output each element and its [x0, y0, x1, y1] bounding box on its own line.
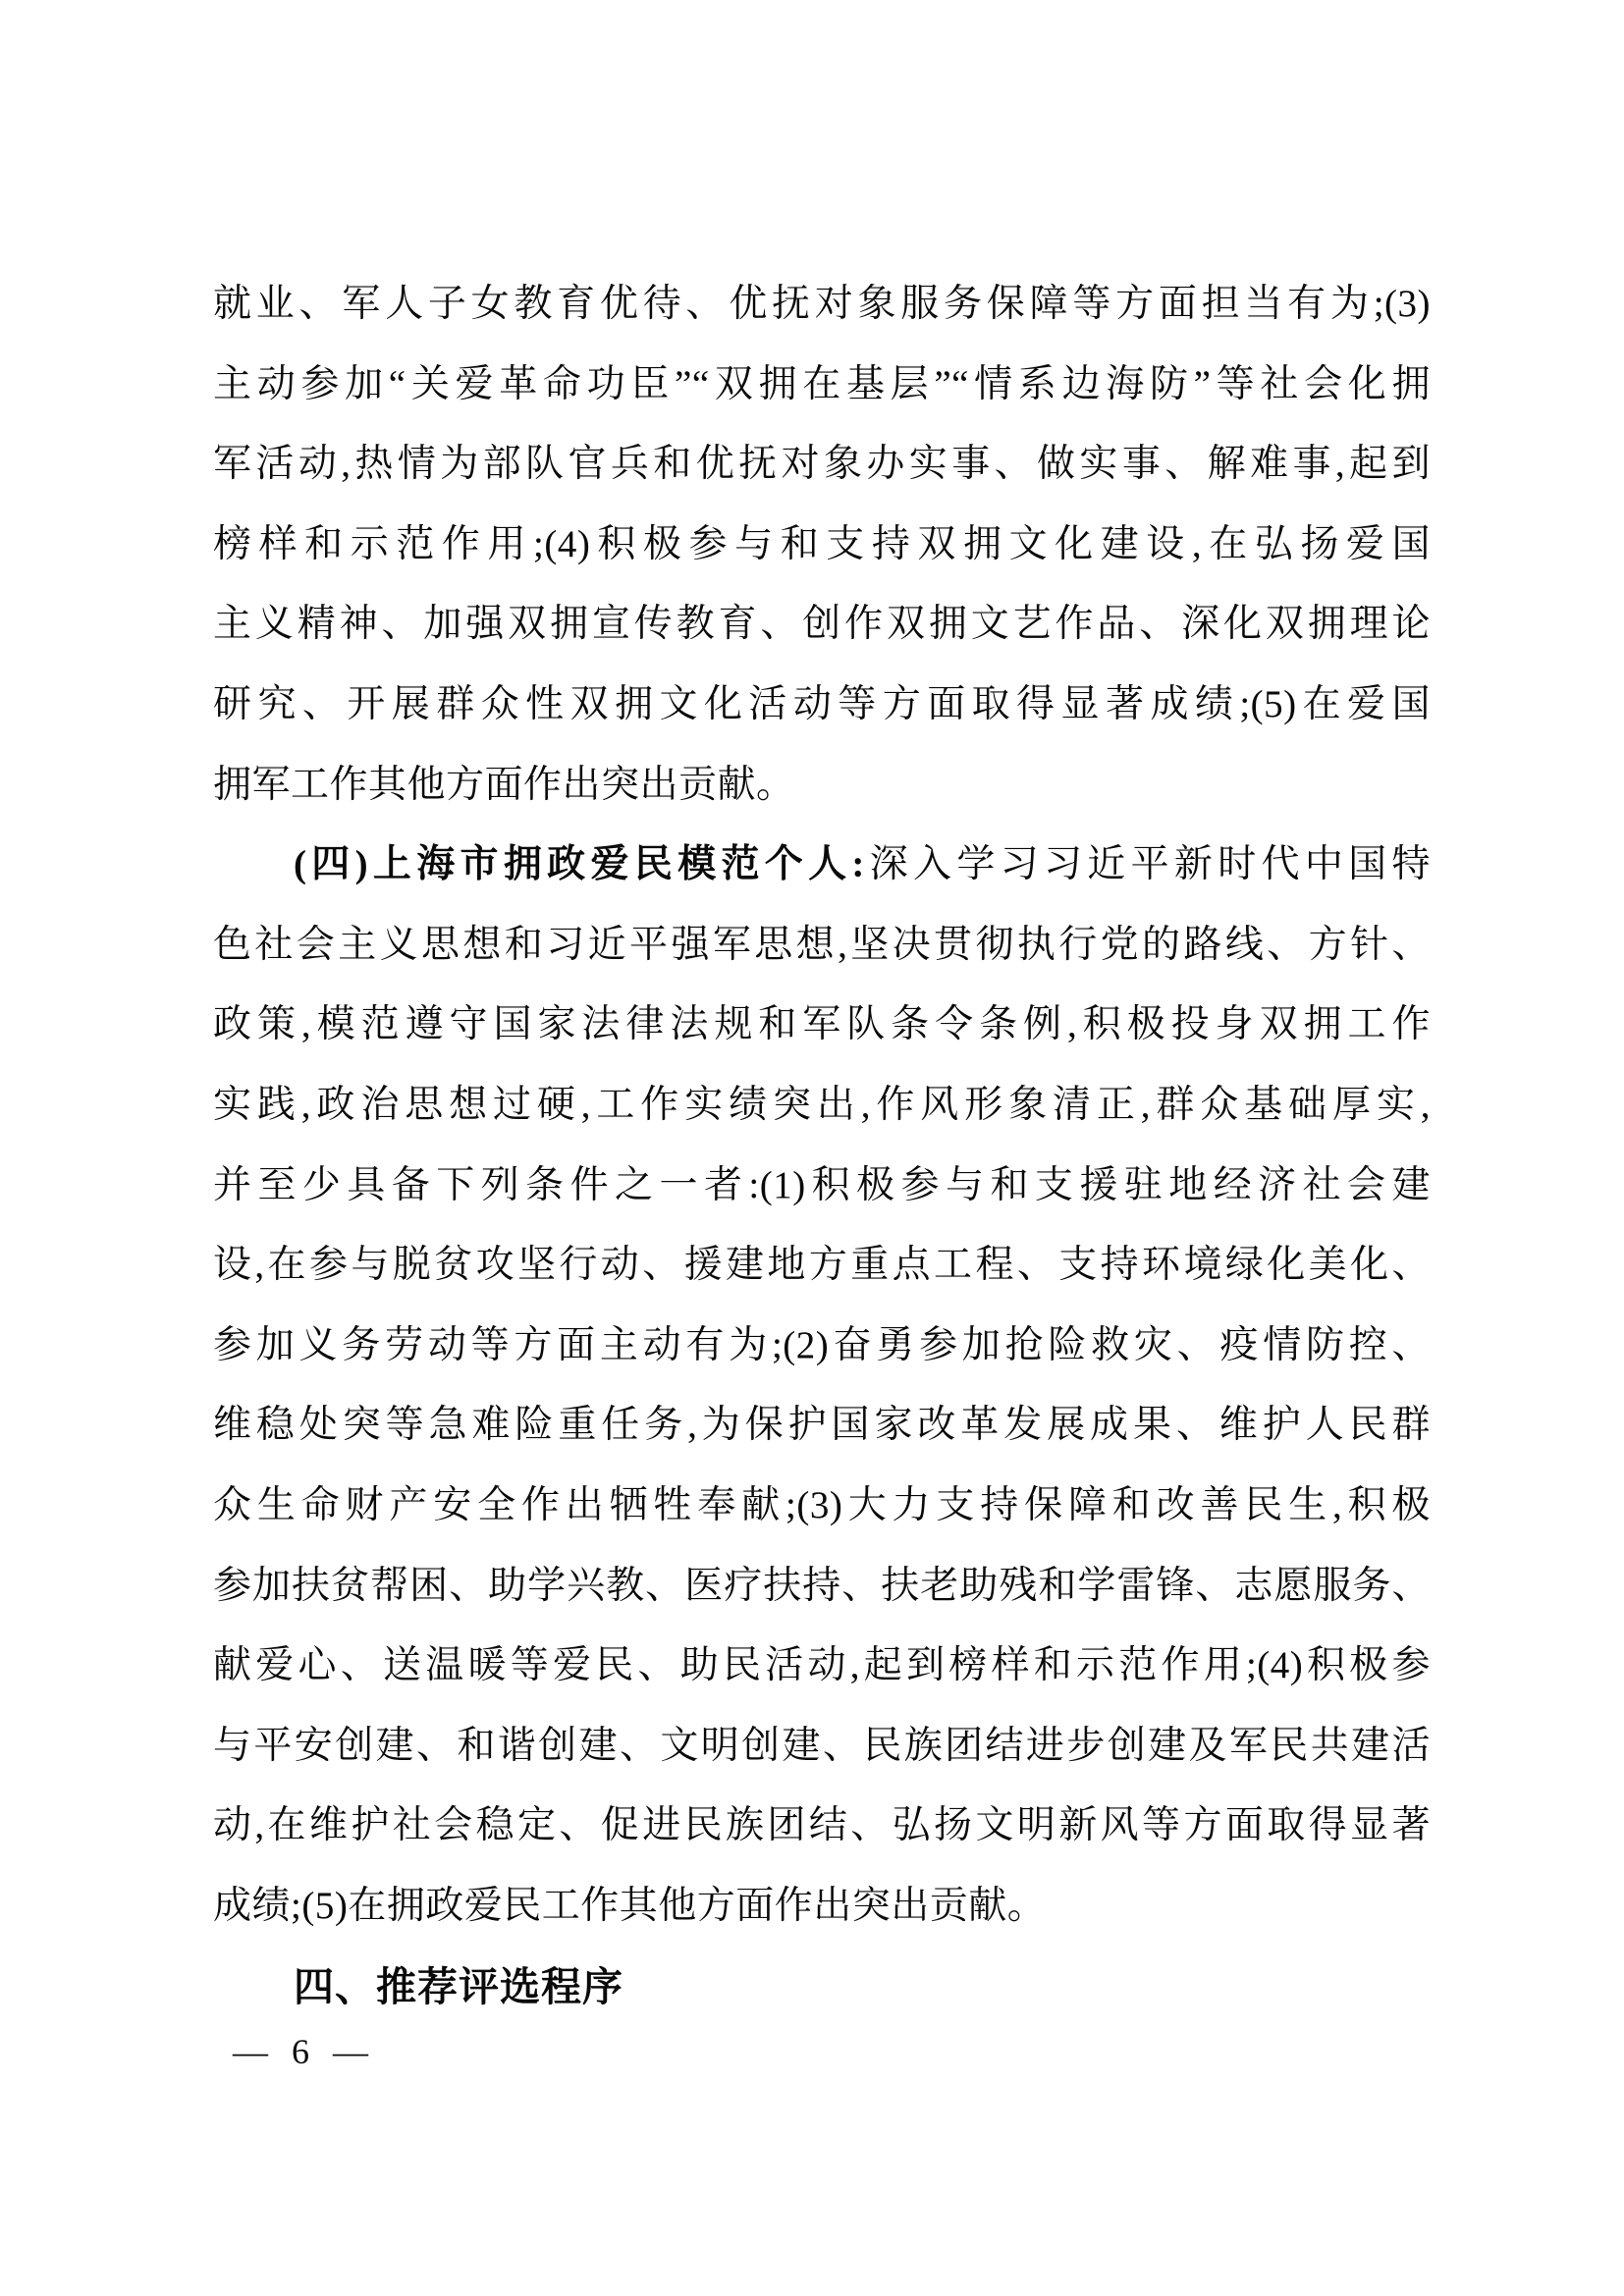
text-line: 设,在参与脱贫攻坚行动、援建地方重点工程、支持环境绿化美化、 [213, 1225, 1431, 1306]
footer-left-dash: — [233, 2024, 268, 2079]
text-line: 实践,政治思想过硬,工作实绩突出,作风形象清正,群众基础厚实, [213, 1065, 1431, 1146]
text-line: 榜样和示范作用;(4)积极参与和支持双拥文化建设,在弘扬爱国 [213, 505, 1431, 585]
text-line: 参加扶贫帮困、助学兴教、医疗扶持、扶老助残和学雷锋、志愿服务、 [213, 1546, 1431, 1627]
text-line: 参加义务劳动等方面主动有为;(2)奋勇参加抢险救灾、疫情防控、 [213, 1306, 1431, 1386]
document-page: 就业、军人子女教育优待、优抚对象服务保障等方面担当有为;(3)主动参加“关爱革命… [0, 0, 1624, 2296]
text-line: 成绩;(5)在拥政爱民工作其他方面作出突出贡献。 [213, 1866, 1431, 1947]
text-line: 主义精神、加强双拥宣传教育、创作双拥文艺作品、深化双拥理论 [213, 584, 1431, 665]
text-line: (四)上海市拥政爱民模范个人:深入学习习近平新时代中国特 [213, 825, 1431, 905]
text-line: 众生命财产安全作出牺牲奉献;(3)大力支持保障和改善民生,积极 [213, 1466, 1431, 1546]
text-line: 动,在维护社会稳定、促进民族团结、弘扬文明新风等方面取得显著 [213, 1786, 1431, 1866]
text-line: 色社会主义思想和习近平强军思想,坚决贯彻执行党的路线、方针、 [213, 905, 1431, 986]
text-line: 就业、军人子女教育优待、优抚对象服务保障等方面担当有为;(3) [213, 264, 1431, 345]
page-number: 6 [292, 2024, 309, 2079]
text-line: 主动参加“关爱革命功臣”“双拥在基层”“情系边海防”等社会化拥 [213, 345, 1431, 425]
text-line: 研究、开展群众性双拥文化活动等方面取得显著成绩;(5)在爱国 [213, 665, 1431, 745]
text-line: 并至少具备下列条件之一者:(1)积极参与和支援驻地经济社会建 [213, 1146, 1431, 1226]
text-line: 维稳处突等急难险重任务,为保护国家改革发展成果、维护人民群 [213, 1385, 1431, 1466]
section-heading: 四、推荐评选程序 [213, 1947, 1431, 2027]
text-line: 军活动,热情为部队官兵和优抚对象办实事、做实事、解难事,起到 [213, 424, 1431, 505]
text-line: 与平安创建、和谐创建、文明创建、民族团结进步创建及军民共建活 [213, 1706, 1431, 1787]
text-line: 献爱心、送温暖等爱民、助民活动,起到榜样和示范作用;(4)积极参 [213, 1626, 1431, 1706]
text-line: 拥军工作其他方面作出突出贡献。 [213, 745, 1431, 826]
text-line: 政策,模范遵守国家法律法规和军队条令条例,积极投身双拥工作 [213, 985, 1431, 1065]
paragraph-lead-bold: (四)上海市拥政爱民模范个人: [294, 843, 865, 885]
page-footer: — 6 — [233, 2024, 368, 2079]
footer-right-dash: — [333, 2024, 368, 2079]
